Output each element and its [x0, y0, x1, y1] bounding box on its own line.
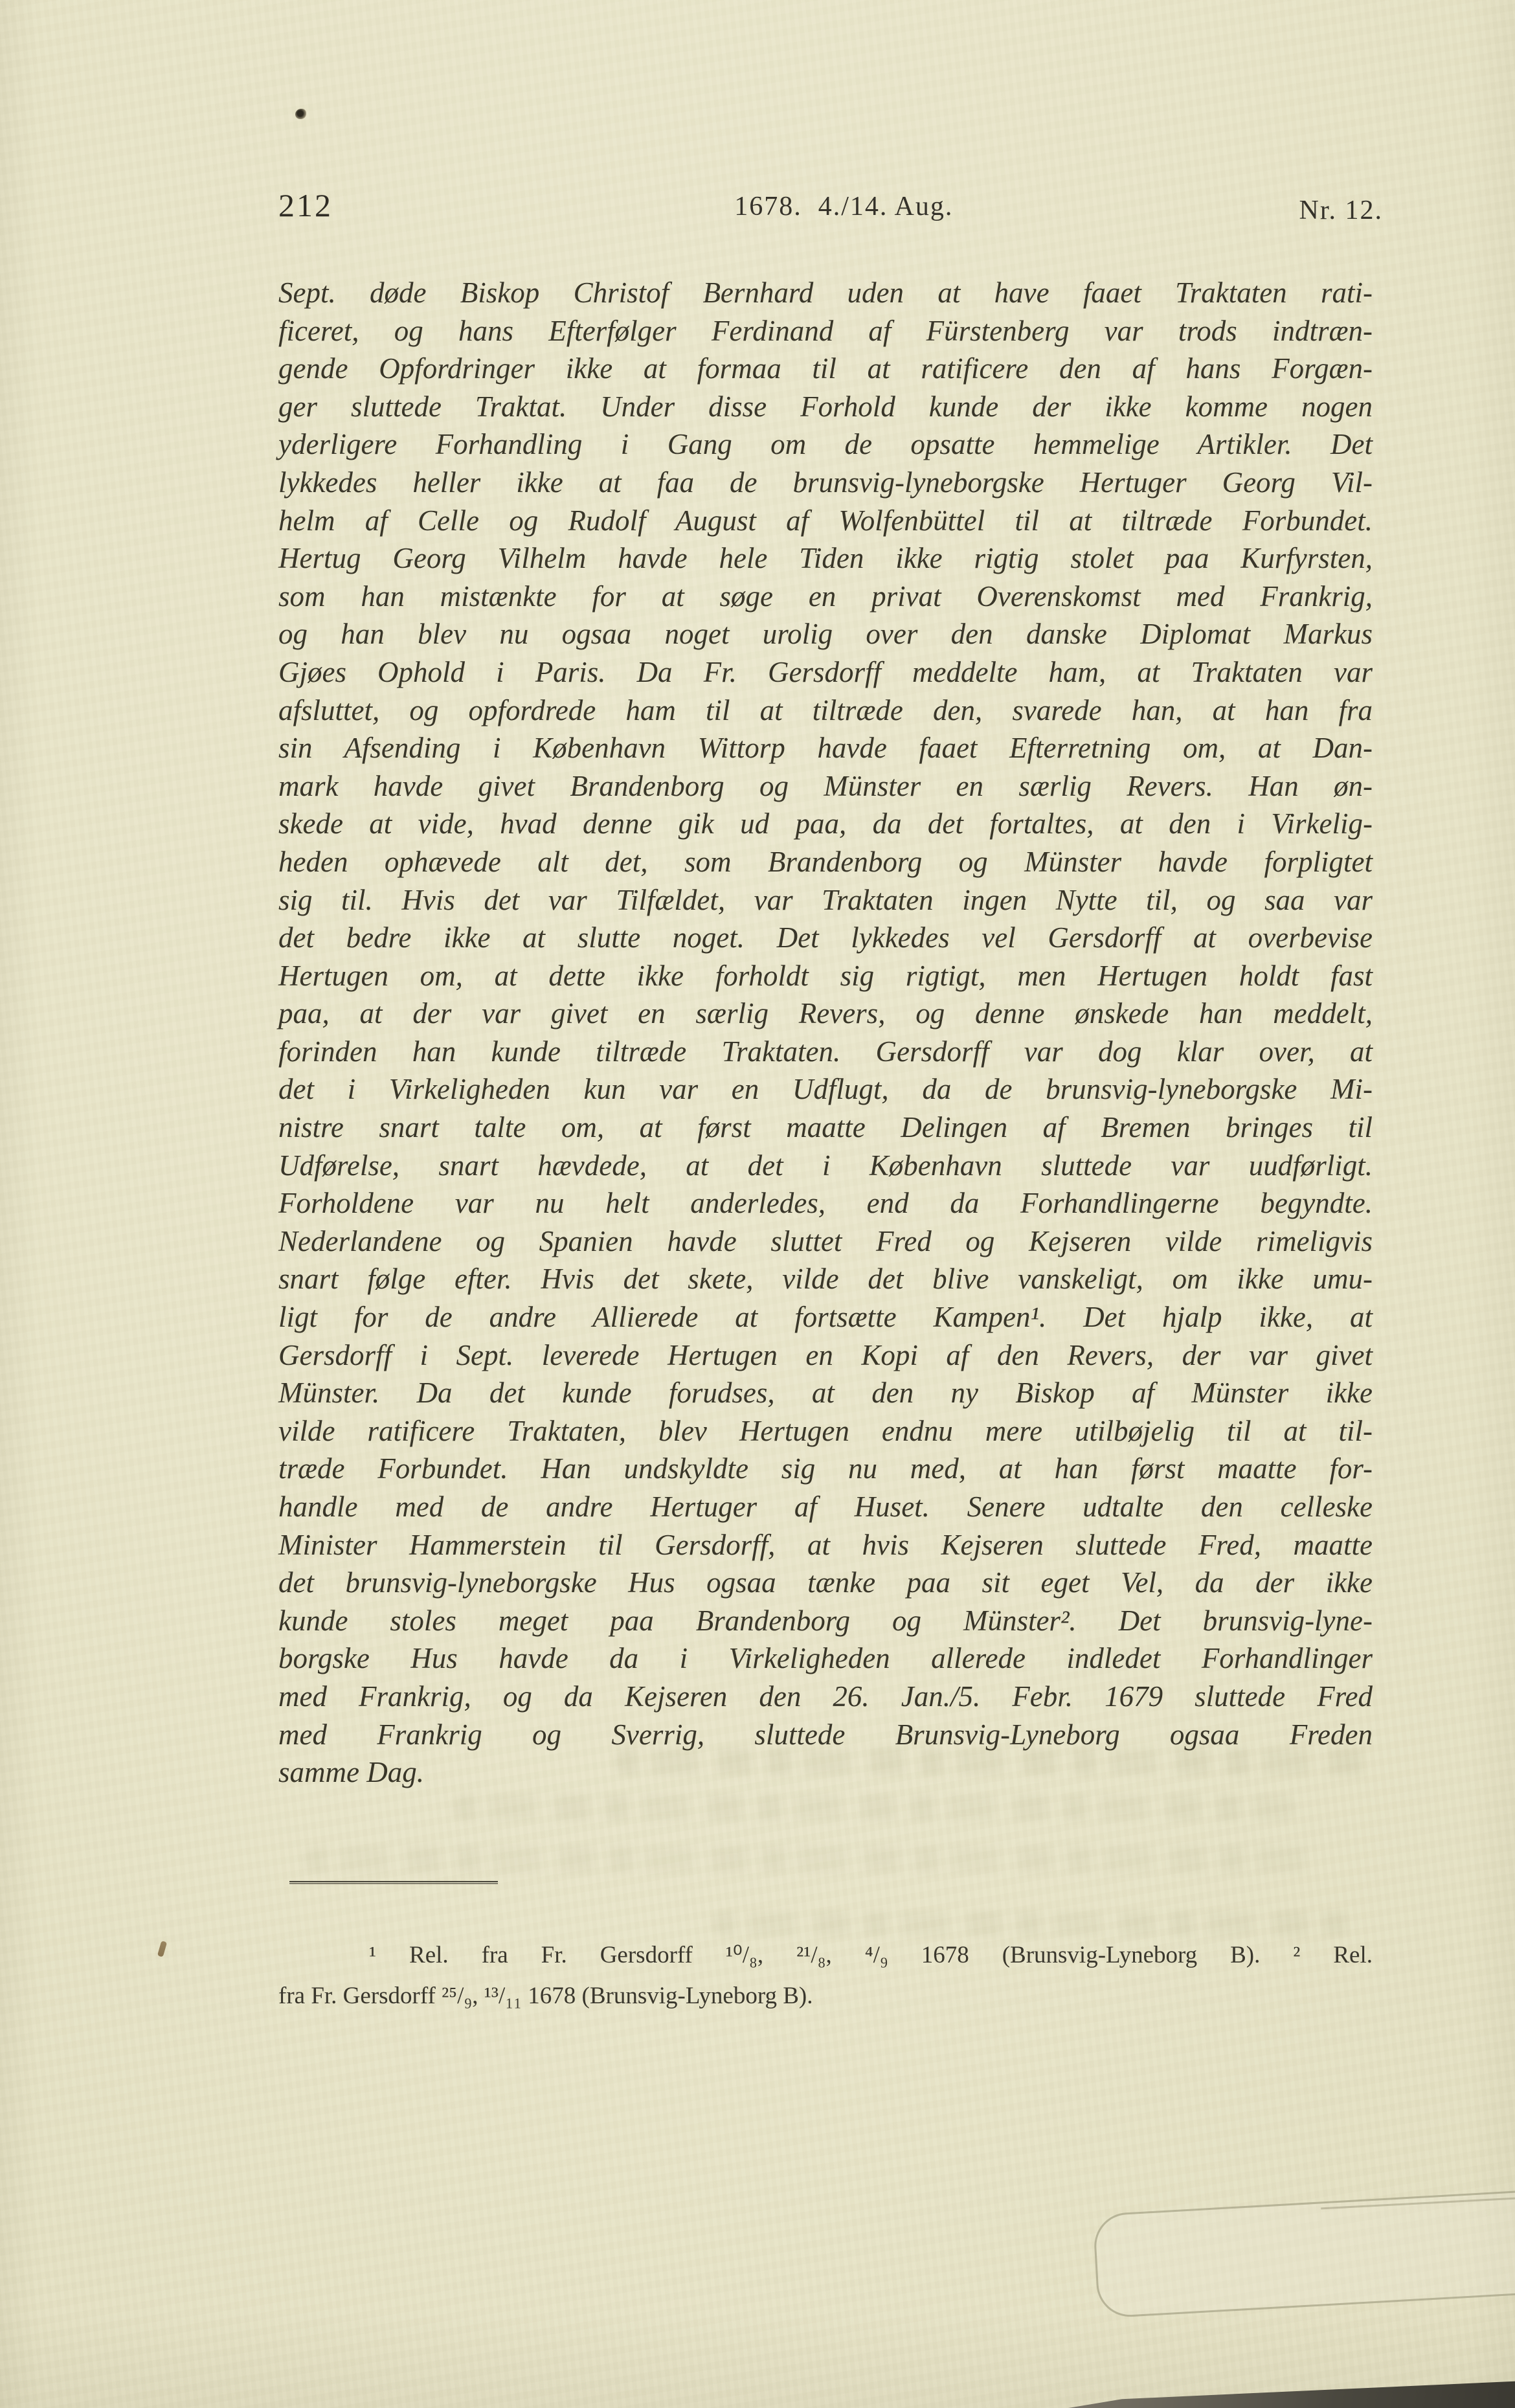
page-header: 212 1678. 4./14. Aug. Nr. 12. — [278, 186, 1383, 225]
book-page-scan: 212 1678. 4./14. Aug. Nr. 12. Sept. døde… — [0, 0, 1515, 2408]
footnote-line: ¹ Rel. fra Fr. Gersdorff ¹⁰/₈, ²¹/₈, ⁴/₉… — [278, 1935, 1373, 1975]
footnote-separator-rule — [289, 1881, 498, 1884]
body-text-line: handle med de andre Hertuger af Huset. S… — [278, 1488, 1373, 1526]
body-text-line: borgske Hus havde da i Virkeligheden all… — [278, 1639, 1373, 1678]
verso-show-through — [304, 1847, 1314, 1873]
body-text-line: paa, at der var givet en særlig Revers, … — [278, 995, 1373, 1033]
footnote-line: fra Fr. Gersdorff ²⁵/₉, ¹³/₁₁ 1678 (Brun… — [278, 1975, 1373, 2016]
body-text-line: Forholdene var nu helt anderledes, end d… — [278, 1184, 1373, 1222]
body-text-line: træde Forbundet. Han undskyldte sig nu m… — [278, 1450, 1373, 1488]
body-text-line: Sept. døde Biskop Christof Bernhard uden… — [278, 274, 1373, 312]
body-text-line: heden ophævede alt det, som Brandenborg … — [278, 843, 1373, 881]
header-date: 1678. 4./14. Aug. — [734, 191, 953, 222]
body-text-line: ficeret, og hans Efterfølger Ferdinand a… — [278, 312, 1373, 350]
footnotes: ¹ Rel. fra Fr. Gersdorff ¹⁰/₈, ²¹/₈, ⁴/₉… — [278, 1935, 1373, 2016]
body-text-line: ligt for de andre Allierede at fortsætte… — [278, 1298, 1373, 1336]
body-text-line: det brunsvig-lyneborgske Hus ogsaa tænke… — [278, 1564, 1373, 1602]
body-text-line: med Frankrig, og da Kejseren den 26. Jan… — [278, 1678, 1373, 1716]
body-text-line: vilde ratificere Traktaten, blev Hertuge… — [278, 1412, 1373, 1450]
body-text-line: skede at vide, hvad denne gik ud paa, da… — [278, 805, 1373, 843]
body-text-line: yderligere Forhandling i Gang om de opsa… — [278, 425, 1373, 464]
body-text-line: som han mistænkte for at søge en privat … — [278, 578, 1373, 616]
body-text-line: lykkedes heller ikke at faa de brunsvig-… — [278, 464, 1373, 502]
body-text-line: Nederlandene og Spanien havde sluttet Fr… — [278, 1222, 1373, 1261]
body-text-line: Udførelse, snart hævdede, at det i Køben… — [278, 1147, 1373, 1185]
body-text-line: og han blev nu ogsaa noget urolig over d… — [278, 615, 1373, 653]
scan-edge-shadow — [1068, 2380, 1515, 2408]
body-text-line: med Frankrig og Sverrig, sluttede Brunsv… — [278, 1716, 1373, 1754]
body-text-line: Gersdorff i Sept. leverede Hertugen en K… — [278, 1336, 1373, 1375]
body-text-line: samme Dag. — [278, 1753, 1373, 1792]
body-text-line: snart følge efter. Hvis det skete, vilde… — [278, 1260, 1373, 1298]
body-text-line: gende Opfordringer ikke at formaa til at… — [278, 350, 1373, 388]
verso-show-through — [712, 1911, 1360, 1936]
body-text-line: afsluttet, og opfordrede ham til at tilt… — [278, 692, 1373, 730]
body-text-line: nistre snart talte om, at først maatte D… — [278, 1108, 1373, 1147]
body-text-line: sin Afsending i København Wittorp havde … — [278, 729, 1373, 767]
body-text-line: forinden han kunde tiltræde Traktaten. G… — [278, 1033, 1373, 1071]
body-text-line: Hertug Georg Vilhelm havde hele Tiden ik… — [278, 539, 1373, 578]
label-impression-outline — [1093, 2185, 1515, 2319]
body-text-line: Minister Hammerstein til Gersdorff, at h… — [278, 1526, 1373, 1564]
verso-show-through — [453, 1795, 1295, 1821]
body-text-line: helm af Celle og Rudolf August af Wolfen… — [278, 502, 1373, 540]
ink-speck — [295, 109, 306, 119]
body-text-line: kunde stoles meget paa Brandenborg og Mü… — [278, 1602, 1373, 1640]
header-issue-number: Nr. 12. — [1299, 195, 1384, 226]
body-text-line: Münster. Da det kunde forudses, at den n… — [278, 1374, 1373, 1412]
body-text-line: sig til. Hvis det var Tilfældet, var Tra… — [278, 881, 1373, 919]
body-text-line: Gjøes Ophold i Paris. Da Fr. Gersdorff m… — [278, 653, 1373, 692]
body-text-line: mark havde givet Brandenborg og Münster … — [278, 767, 1373, 805]
margin-mark — [157, 1941, 167, 1957]
body-text-line: det i Virkeligheden kun var en Udflugt, … — [278, 1070, 1373, 1108]
page-number: 212 — [278, 186, 333, 224]
body-text-line: det bedre ikke at slutte noget. Det lykk… — [278, 919, 1373, 957]
body-text-line: ger sluttede Traktat. Under disse Forhol… — [278, 388, 1373, 426]
body-text-line: Hertugen om, at dette ikke forholdt sig … — [278, 957, 1373, 995]
body-text: Sept. døde Biskop Christof Bernhard uden… — [278, 274, 1373, 1792]
